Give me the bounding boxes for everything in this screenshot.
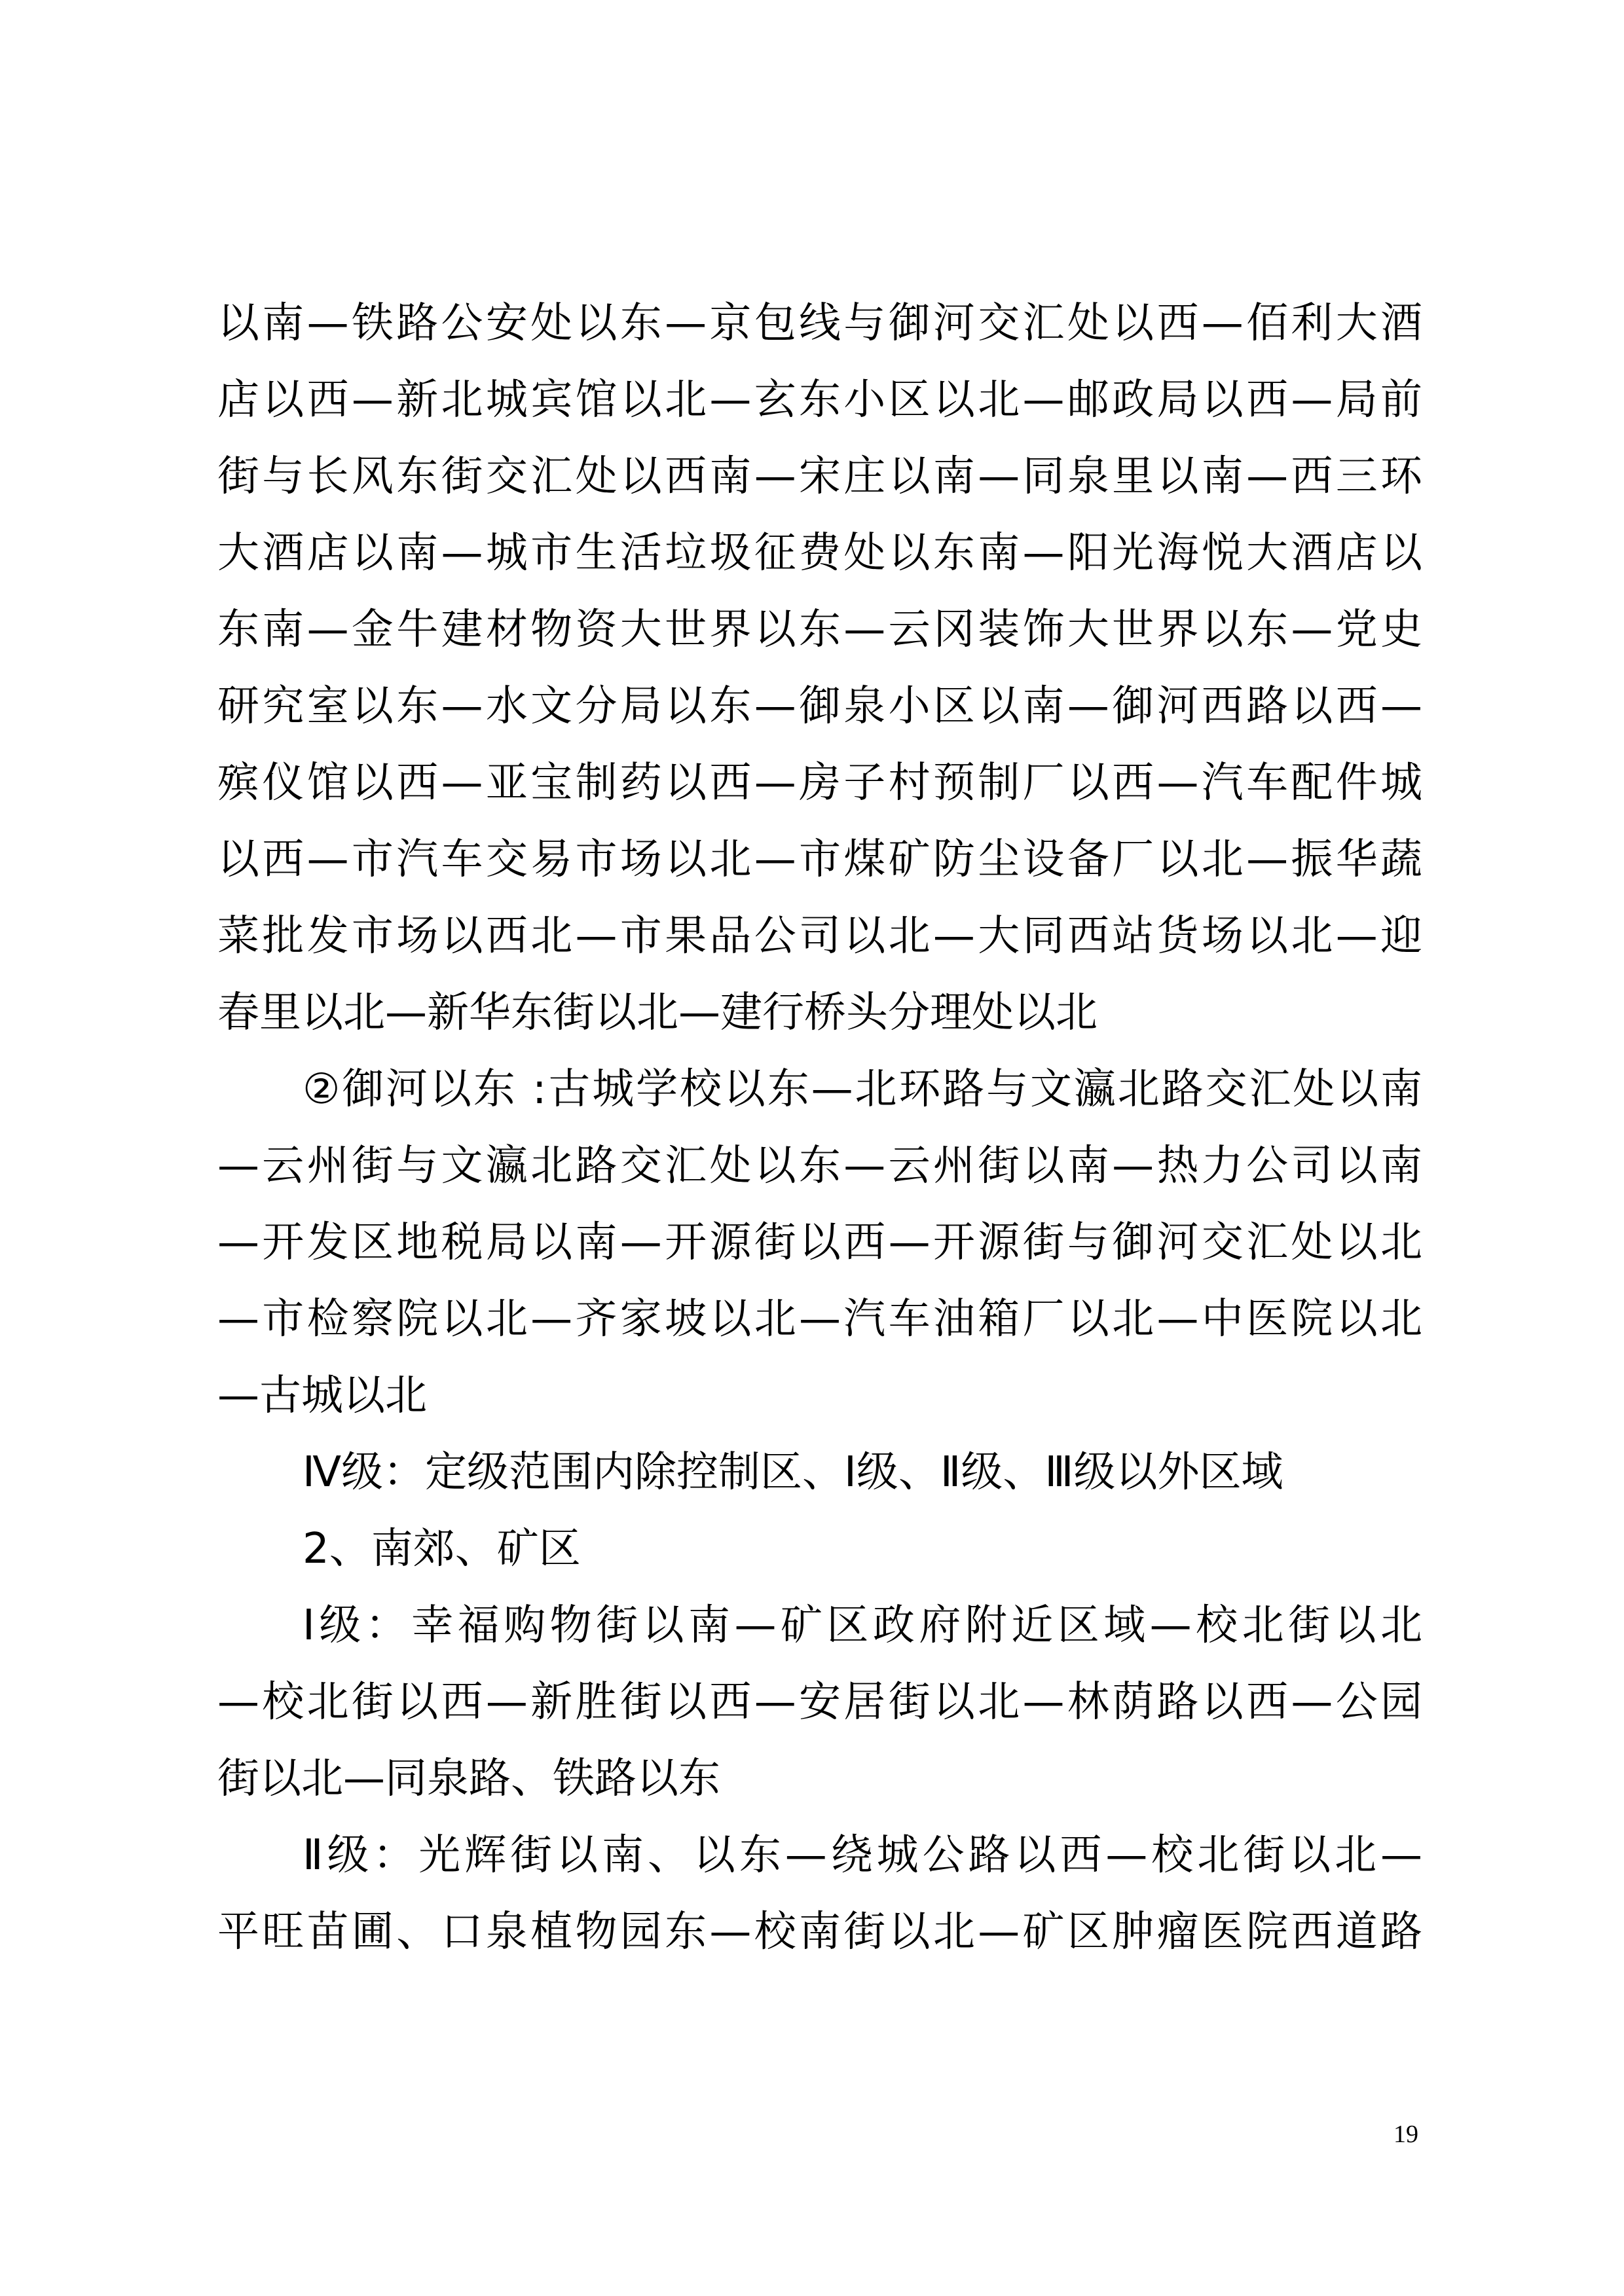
text-line: —校北街以西—新胜街以西—安居街以北—林荫路以西—公园 <box>217 1664 1422 1741</box>
text-line: —开发区地税局以南—开源街以西—开源街与御河交汇处以北 <box>217 1205 1422 1281</box>
text-line: 店以西—新北城宾馆以北—玄东小区以北—邮政局以西—局前 <box>217 362 1422 439</box>
text-line: 东南—金牛建材物资大世界以东—云冈装饰大世界以东—党史 <box>217 592 1422 668</box>
text-line: 以南—铁路公安处以东—京包线与御河交汇处以西—佰利大酒 <box>217 285 1422 362</box>
section-heading-south-suburb-mining: 2、南郊、矿区 <box>303 1511 1422 1588</box>
text-line: —古城以北 <box>217 1358 1422 1434</box>
text-line: —云州街与文瀛北路交汇处以东—云州街以南—热力公司以南 <box>217 1128 1422 1205</box>
paragraph-yuhe-east: ②御河以东 :古城学校以东—北环路与文瀛北路交汇处以南 <box>303 1051 1422 1128</box>
text-line: 春里以北—新华东街以北—建行桥头分理处以北 <box>217 975 1422 1051</box>
grade-iv-paragraph: Ⅳ级：定级范围内除控制区、Ⅰ级、Ⅱ级、Ⅲ级以外区域 <box>303 1434 1422 1511</box>
text-line: 平旺苗圃、口泉植物园东—校南街以北—矿区肿瘤医院西道路 <box>217 1894 1422 1971</box>
text-line: —市检察院以北—齐家坡以北—汽车油箱厂以北—中医院以北 <box>217 1281 1422 1358</box>
grade-ii-paragraph: Ⅱ级：光辉街以南、以东—绕城公路以西—校北街以北— <box>303 1817 1422 1894</box>
page-number: 19 <box>1393 2120 1418 2149</box>
grade-i-paragraph: Ⅰ级：幸福购物街以南—矿区政府附近区域—校北街以北 <box>303 1588 1422 1664</box>
text-line: 研究室以东—水文分局以东—御泉小区以南—御河西路以西— <box>217 668 1422 745</box>
text-line: 街与长风东街交汇处以西南—宋庄以南—同泉里以南—西三环 <box>217 439 1422 515</box>
text-line: 菜批发市场以西北—市果品公司以北—大同西站货场以北—迎 <box>217 898 1422 975</box>
text-line: 大酒店以南—城市生活垃圾征费处以东南—阳光海悦大酒店以 <box>217 515 1422 592</box>
text-line: 以西—市汽车交易市场以北—市煤矿防尘设备厂以北—振华蔬 <box>217 822 1422 898</box>
text-line: 殡仪馆以西—亚宝制药以西—房子村预制厂以西—汽车配件城 <box>217 745 1422 822</box>
document-page: 以南—铁路公安处以东—京包线与御河交汇处以西—佰利大酒 店以西—新北城宾馆以北—… <box>0 0 1624 2296</box>
text-line: 街以北—同泉路、铁路以东 <box>217 1741 1422 1817</box>
